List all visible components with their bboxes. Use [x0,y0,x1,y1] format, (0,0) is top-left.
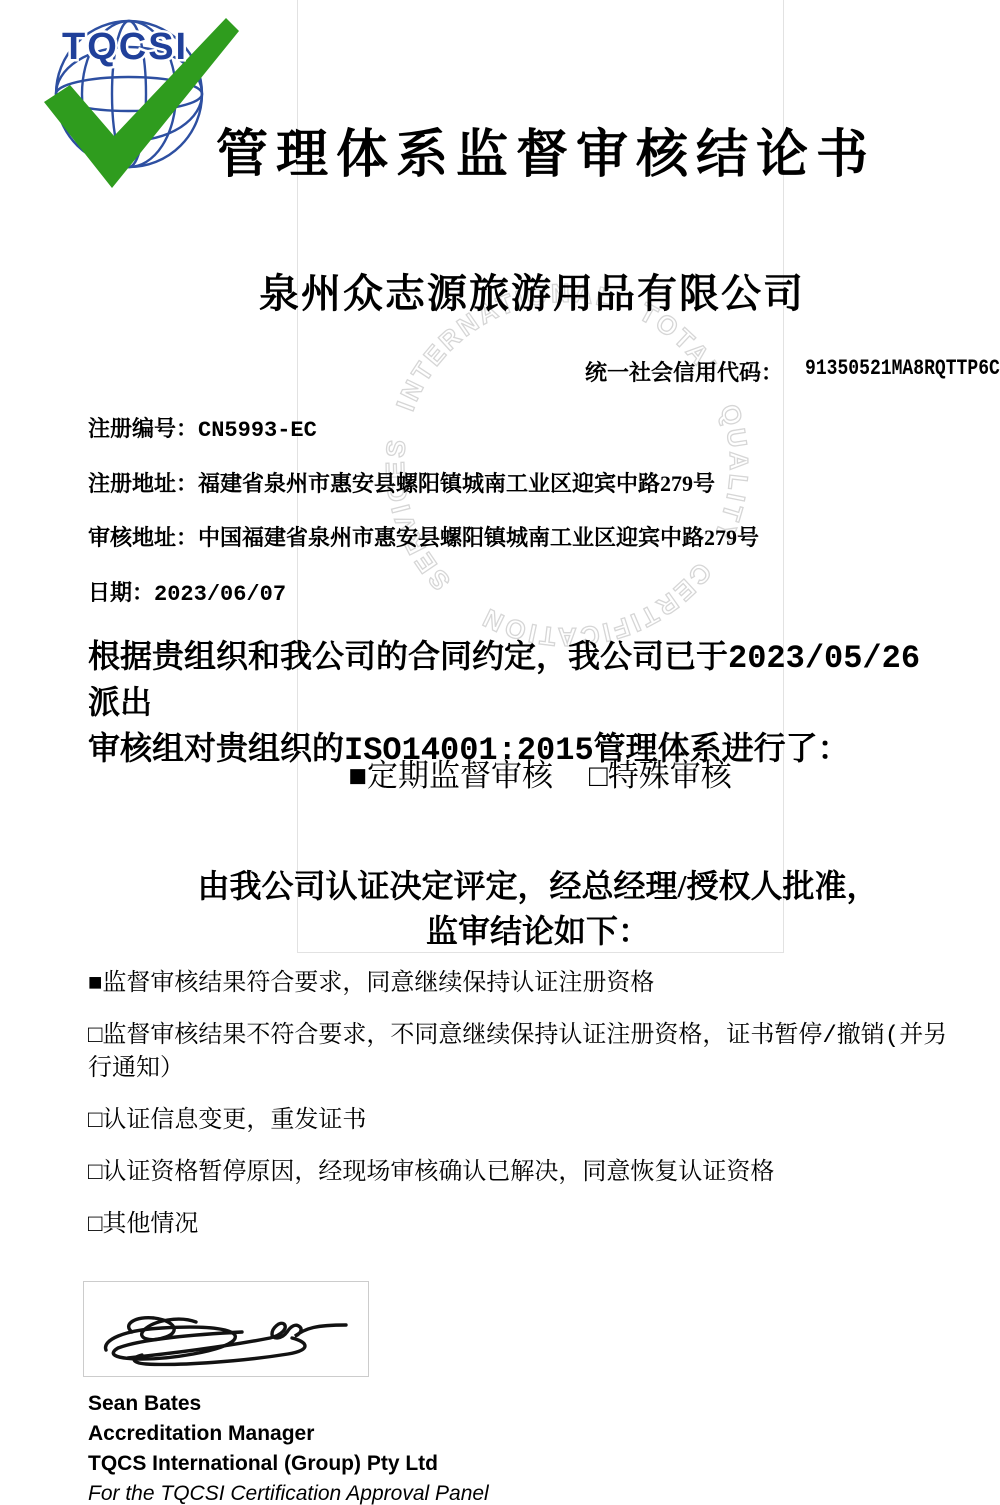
audit-type-options: ■定期监督审核□特殊审核 [260,750,820,795]
credit-code-number: 91350521MA8RQTTP6C [805,356,1000,381]
field-label: 日期： [88,580,154,605]
tqcsi-logo: TQCSI [40,6,240,194]
checkbox-special-audit: □ [589,758,608,793]
watermark-text: SERVICES INTERNATIONAL TOTAL QUALITY CER… [380,278,754,652]
conclusion-item: □其他情况 [88,1209,980,1242]
field-value: CN5993-EC [198,418,317,443]
conclusion-item: □监督审核结果不符合要求，不同意继续保持认证注册资格，证书暂停/撤销(并另 行通… [88,1020,980,1086]
field-audit-address: 审核地址：中国福建省泉州市惠安县螺阳镇城南工业区迎宾中路279号 [88,521,759,552]
signer-role: Accreditation Manager [88,1419,489,1449]
conclusion-label: 监督审核结果不符合要求，不同意继续保持认证注册资格，证书暂停/撤销(并另 行通知… [88,1023,947,1083]
certificate-page: SERVICES INTERNATIONAL TOTAL QUALITY CER… [0,0,1000,1505]
field-label: 注册编号： [88,416,198,441]
field-label: 注册地址： [88,471,198,496]
field-value: 中国福建省泉州市惠安县螺阳镇城南工业区迎宾中路279号 [198,525,759,550]
field-value: 福建省泉州市惠安县螺阳镇城南工业区迎宾中路279号 [198,471,715,496]
signature-image-box [83,1281,369,1377]
decision-heading: 由我公司认证决定评定，经总经理/授权人批准， 监审结论如下： [70,864,1000,954]
credit-code-value: 91350521MA8RQTTP6C [805,356,1000,381]
signature-block: Sean Bates Accreditation Manager TQCS In… [88,1389,489,1505]
page-title: 管理体系监督审核结论书 [216,126,876,186]
signature-panel-note: For the TQCSI Certification Approval Pan… [88,1479,489,1505]
conclusion-item: □认证资格暂停原因，经现场审核确认已解决，同意恢复认证资格 [88,1157,980,1190]
field-registration-number: 注册编号：CN5993-EC [88,412,317,443]
label-periodic-surveillance-audit: 定期监督审核 [367,758,553,793]
svg-text:SERVICES INTERNATIONAL T: SERVICES INTERNATIONAL TOTAL QUALITY CER… [380,278,754,652]
conclusion-label: 认证信息变更，重发证书 [102,1108,366,1135]
logo-acronym: TQCSI [62,26,188,68]
company-name: 泉州众志源旅游用品有限公司 [252,262,812,319]
conclusion-item: ■监督审核结果符合要求，同意继续保持认证注册资格 [88,968,980,1001]
conclusion-label: 其他情况 [102,1212,198,1239]
checkbox-periodic-surveillance-audit: ■ [348,758,367,793]
field-label: 审核地址： [88,525,198,550]
signer-company: TQCS International (Group) Pty Ltd [88,1449,489,1479]
signer-name: Sean Bates [88,1389,489,1419]
signature-scrawl [84,1282,368,1376]
conclusion-list: ■监督审核结果符合要求，同意继续保持认证注册资格 □监督审核结果不符合要求，不同… [88,968,980,1261]
checkbox-conform: ■ [88,971,102,998]
checkbox-other: □ [88,1212,102,1239]
field-date: 日期：2023/06/07 [88,576,286,607]
checkbox-suspension-resolved: □ [88,1160,102,1187]
conclusion-label: 认证资格暂停原因，经现场审核确认已解决，同意恢复认证资格 [102,1160,774,1187]
conclusion-item: □认证信息变更，重发证书 [88,1105,980,1138]
field-registered-address: 注册地址：福建省泉州市惠安县螺阳镇城南工业区迎宾中路279号 [88,467,715,498]
checkbox-info-change: □ [88,1108,102,1135]
label-special-audit: 特殊审核 [608,758,732,793]
field-value: 2023/06/07 [154,582,286,607]
conclusion-label: 监督审核结果符合要求，同意继续保持认证注册资格 [102,971,654,998]
checkbox-nonconform: □ [88,1023,102,1050]
credit-code-label: 统一社会信用代码： [297,356,783,387]
